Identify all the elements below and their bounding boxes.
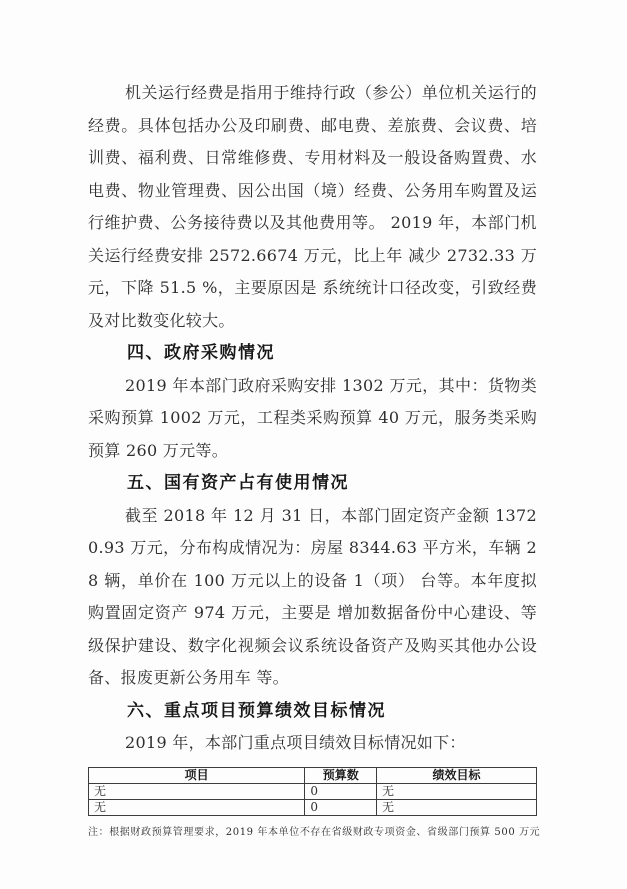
cell-budget: 0 <box>305 783 377 799</box>
table-header-project: 项目 <box>89 767 305 783</box>
heading-section-5-state-assets: 五、国有资产占有使用情况 <box>88 467 537 500</box>
table-row: 无 0 无 <box>89 783 537 799</box>
cell-target: 无 <box>377 783 537 799</box>
heading-section-4-procurement: 四、政府采购情况 <box>88 337 537 370</box>
table-header-row: 项目 预算数 绩效目标 <box>89 767 537 783</box>
table-header-budget: 预算数 <box>305 767 377 783</box>
table-header-performance-target: 绩效目标 <box>377 767 537 783</box>
cell-project: 无 <box>89 799 305 815</box>
paragraph-procurement: 2019 年本部门政府采购安排 1302 万元，其中：货物类采购预算 1002 … <box>88 370 537 468</box>
cell-budget: 0 <box>305 799 377 815</box>
heading-section-6-performance-targets: 六、重点项目预算绩效目标情况 <box>88 695 537 728</box>
footnote: 注：根据财政预算管理要求，2019 年本单位不存在省级财政专项资金、省级部门预算… <box>88 823 537 838</box>
table-row: 无 0 无 <box>89 799 537 815</box>
paragraph-state-assets: 截至 2018 年 12 月 31 日，本部门固定资产金额 13720.93 万… <box>88 500 537 695</box>
cell-target: 无 <box>377 799 537 815</box>
performance-targets-table: 项目 预算数 绩效目标 无 0 无 无 0 无 <box>88 767 537 816</box>
document-content: 机关运行经费是指用于维持行政（参公）单位机关运行的经费。具体包括办公及印刷费、邮… <box>88 77 537 838</box>
document-page: 机关运行经费是指用于维持行政（参公）单位机关运行的经费。具体包括办公及印刷费、邮… <box>0 0 627 889</box>
paragraph-operating-expenses: 机关运行经费是指用于维持行政（参公）单位机关运行的经费。具体包括办公及印刷费、邮… <box>88 77 537 337</box>
paragraph-performance-intro: 2019 年，本部门重点项目绩效目标情况如下： <box>88 727 537 760</box>
cell-project: 无 <box>89 783 305 799</box>
